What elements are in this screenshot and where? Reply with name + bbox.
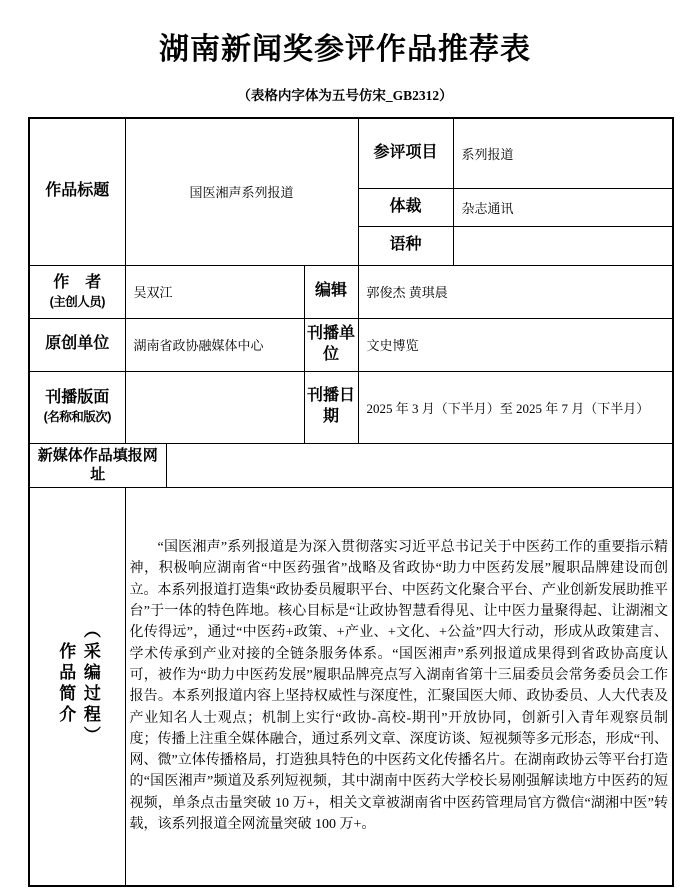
entry-item-label: 参评项目 bbox=[358, 118, 453, 188]
publish-layout-label-main: 刊播版面 bbox=[45, 389, 109, 406]
row-entry-item: 作品标题 国医湘声系列报道 参评项目 系列报道 bbox=[29, 118, 673, 188]
work-title-value: 国医湘声系列报道 bbox=[125, 118, 358, 265]
recommendation-form-table: 作品标题 国医湘声系列报道 参评项目 系列报道 体裁 杂志通讯 语种 作 者 (… bbox=[28, 117, 674, 887]
genre-value: 杂志通讯 bbox=[453, 188, 673, 226]
language-value bbox=[453, 226, 673, 265]
publish-layout-value bbox=[125, 371, 304, 443]
page-title: 湖南新闻奖参评作品推荐表 bbox=[0, 24, 690, 68]
entry-item-value: 系列报道 bbox=[453, 118, 673, 188]
editor-label: 编辑 bbox=[304, 265, 358, 318]
row-original-unit: 原创单位 湖南省政协融媒体中心 刊播单位 文史博览 bbox=[29, 318, 673, 371]
summary-label-sub: （采编过程） bbox=[77, 621, 102, 747]
publish-unit-value: 文史博览 bbox=[358, 318, 673, 371]
author-value: 吴双江 bbox=[125, 265, 304, 318]
summary-vertical-label: 作品简介 （采编过程） bbox=[53, 621, 102, 747]
editor-value: 郭俊杰 黄琪晨 bbox=[358, 265, 673, 318]
new-media-url-label: 新媒体作品填报网址 bbox=[29, 443, 166, 487]
summary-content-cell: “国医湘声”系列报道是为深入贯彻落实习近平总书记关于中医药工作的重要指示精神，积… bbox=[125, 487, 673, 886]
original-unit-label: 原创单位 bbox=[29, 318, 125, 371]
summary-text: “国医湘声”系列报道是为深入贯彻落实习近平总书记关于中医药工作的重要指示精神，积… bbox=[130, 537, 669, 835]
publish-date-value: 2025 年 3 月（下半月）至 2025 年 7 月（下半月） bbox=[358, 371, 673, 443]
work-title-label: 作品标题 bbox=[29, 118, 125, 265]
page-subtitle: （表格内字体为五号仿宋_GB2312） bbox=[0, 84, 690, 104]
new-media-url-value bbox=[166, 443, 673, 487]
row-author: 作 者 (主创人员) 吴双江 编辑 郭俊杰 黄琪晨 bbox=[29, 265, 673, 318]
row-publish-layout: 刊播版面 (名称和版次) 刊播日期 2025 年 3 月（下半月）至 2025 … bbox=[29, 371, 673, 443]
summary-label-cell: 作品简介 （采编过程） bbox=[29, 487, 125, 886]
language-label: 语种 bbox=[358, 226, 453, 265]
original-unit-value: 湖南省政协融媒体中心 bbox=[125, 318, 304, 371]
row-summary: 作品简介 （采编过程） “国医湘声”系列报道是为深入贯彻落实习近平总书记关于中医… bbox=[29, 487, 673, 886]
genre-label: 体裁 bbox=[358, 188, 453, 226]
author-label-sub: (主创人员) bbox=[31, 294, 124, 310]
author-label-main: 作 者 bbox=[53, 274, 101, 291]
publish-unit-label: 刊播单位 bbox=[304, 318, 358, 371]
publish-layout-label-sub: (名称和版次) bbox=[31, 409, 124, 425]
publish-date-label: 刊播日期 bbox=[304, 371, 358, 443]
row-new-media-url: 新媒体作品填报网址 bbox=[29, 443, 673, 487]
summary-label-main: 作品简介 bbox=[53, 621, 78, 747]
author-label: 作 者 (主创人员) bbox=[29, 265, 125, 318]
publish-layout-label: 刊播版面 (名称和版次) bbox=[29, 371, 125, 443]
